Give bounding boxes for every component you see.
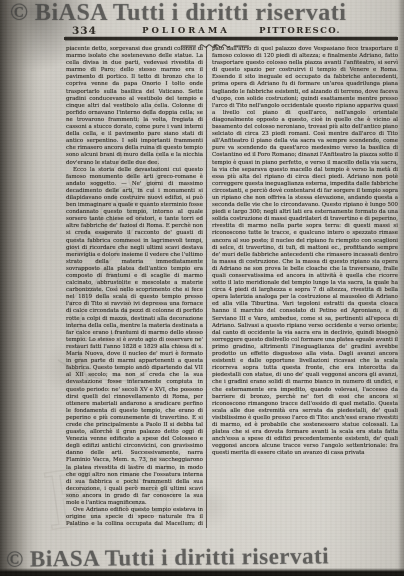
paragraph: piacente detto, sorgevansi due grandi co… xyxy=(66,46,203,167)
paragraph: Ecco la storia delle devastazioni cui qu… xyxy=(66,167,203,508)
column-divider-rule xyxy=(206,46,207,528)
journal-title-poliorama: POLIORAMA xyxy=(138,26,234,36)
scan-bottom-edge xyxy=(0,568,404,576)
scanned-page: E S © BiASA Tutti i diritti riservati 33… xyxy=(0,0,404,576)
text-column-left: piacente detto, sorgevansi due grandi co… xyxy=(66,46,203,528)
header-rule xyxy=(64,37,398,40)
watermark-top: © BiASA Tutti i diritti riservati xyxy=(10,0,346,27)
journal-title-pittoresco: PITTORESCO. xyxy=(252,26,348,36)
paragraph: pato dall'atrio di quel palazzo dove Ves… xyxy=(212,46,398,457)
text-column-right: pato dall'atrio di quel palazzo dove Ves… xyxy=(212,46,398,524)
paragraph: Ove Adriano edificò questo tempio esiste… xyxy=(66,507,203,528)
scan-right-edge xyxy=(398,0,404,576)
book-binding-shadow xyxy=(0,0,44,576)
